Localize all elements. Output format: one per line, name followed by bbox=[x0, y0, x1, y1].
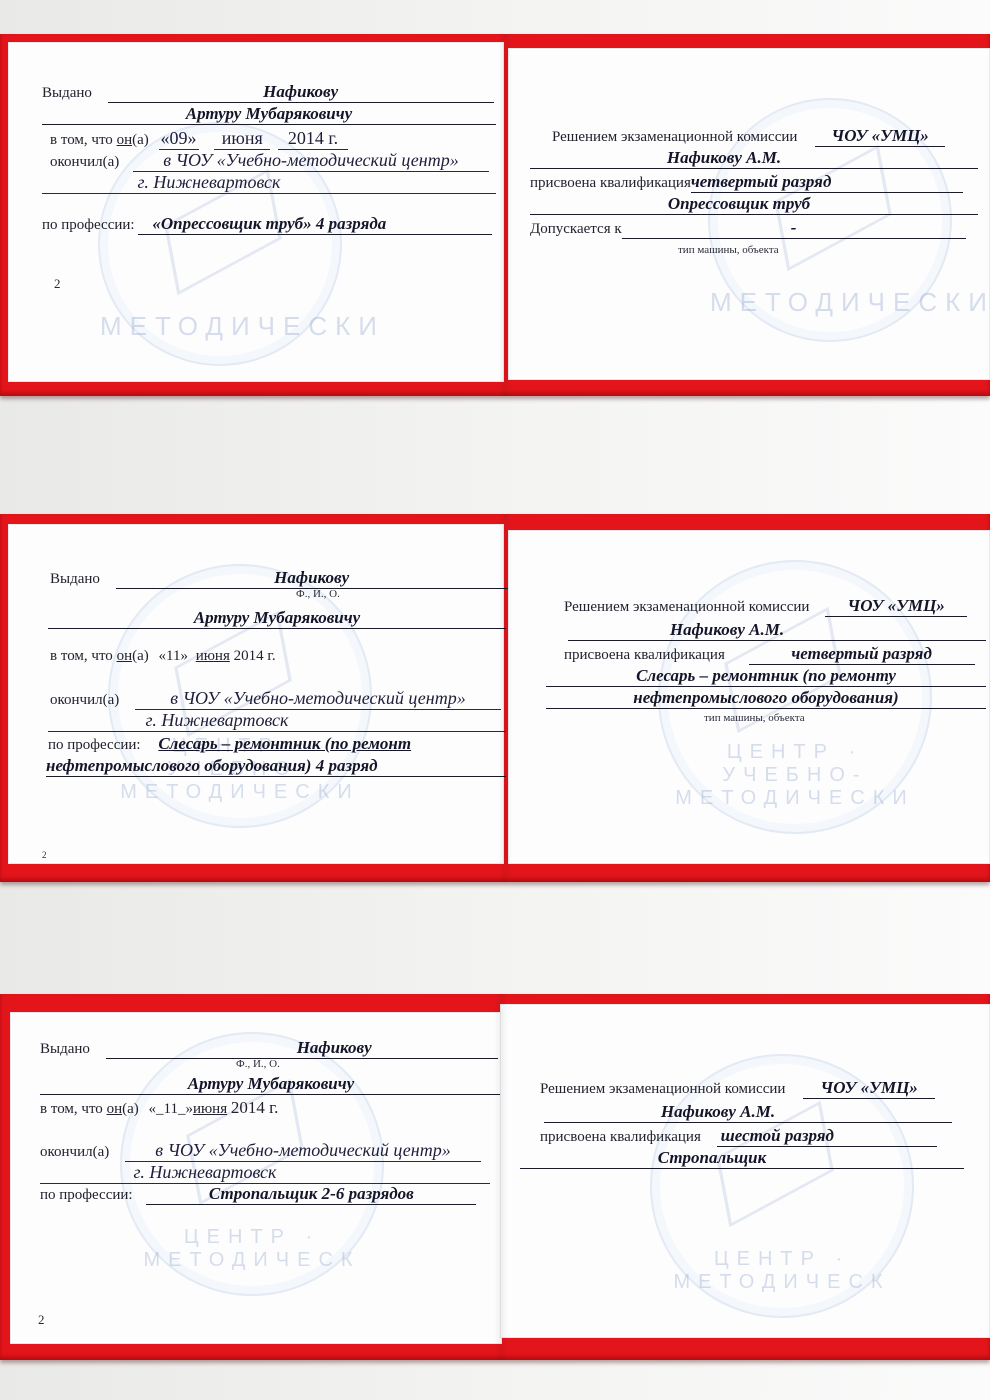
qualification-label: присвоена квалификация bbox=[540, 1129, 701, 1145]
qualification-label: присвоена квалификация bbox=[564, 647, 725, 663]
she-suffix: (а) bbox=[122, 1101, 139, 1117]
that-prefix: в том, что bbox=[40, 1101, 103, 1117]
admitted-label: Допускается к bbox=[530, 221, 622, 237]
page-number: 2 bbox=[54, 276, 61, 292]
machine-hint: тип машины, объекта bbox=[704, 712, 805, 724]
year-field: 2014 г. bbox=[234, 648, 276, 664]
machine-hint: тип машины, объекта bbox=[678, 244, 779, 256]
left-page: ЦЕНТР · УЧЕБНО-МЕТОДИЧЕСКИ Выдано Нафико… bbox=[8, 524, 504, 864]
month-field: июня bbox=[214, 128, 270, 150]
profession-field: «Опрессовщик труб» 4 разряда bbox=[138, 214, 492, 235]
commission-field: ЧОУ «УМЦ» bbox=[803, 1078, 935, 1099]
qualification-field: четвертый разряд bbox=[749, 644, 975, 665]
day-field: «09» bbox=[159, 128, 199, 150]
institution-field: в ЧОУ «Учебно-методический центр» bbox=[125, 1140, 481, 1162]
profession-line-1: Стропальщик bbox=[520, 1148, 964, 1169]
issued-label: Выдано bbox=[40, 1041, 90, 1057]
certificate-2: ЦЕНТР · УЧЕБНО-МЕТОДИЧЕСКИ Выдано Нафико… bbox=[0, 514, 990, 882]
profession-line-1: Опрессовщик труб bbox=[530, 194, 978, 215]
left-page: МЕТОДИЧЕСКИ Выдано Нафикову Артуру Мубар… bbox=[8, 42, 504, 382]
city-field: г. Нижневартовск bbox=[48, 710, 506, 732]
profession-field: Слесарь – ремонтник (по ремонт bbox=[158, 734, 484, 754]
month-field: июня bbox=[196, 648, 230, 664]
surname-field: Нафикову bbox=[108, 82, 494, 103]
profession-label: по профессии: bbox=[40, 1187, 133, 1203]
commission-label: Решением экзаменационной комиссии bbox=[540, 1081, 785, 1097]
commission-field: ЧОУ «УМЦ» bbox=[825, 596, 967, 617]
fio-hint: Ф., И., О. bbox=[296, 588, 340, 600]
finished-label: окончил(а) bbox=[50, 154, 119, 170]
book-spine bbox=[494, 994, 508, 1360]
profession-field: Стропальщик 2-6 разрядов bbox=[146, 1184, 476, 1205]
certificate-1: МЕТОДИЧЕСКИ Выдано Нафикову Артуру Мубар… bbox=[0, 34, 990, 396]
institution-field: в ЧОУ «Учебно-методический центр» bbox=[133, 150, 489, 172]
she-suffix: (а) bbox=[132, 132, 149, 148]
issued-label: Выдано bbox=[50, 571, 100, 587]
institution-field: в ЧОУ «Учебно-методический центр» bbox=[135, 688, 501, 710]
he-mark: он bbox=[117, 648, 133, 664]
finished-label: окончил(а) bbox=[40, 1144, 109, 1160]
certificate-3: ЦЕНТР · МЕТОДИЧЕСК Выдано Нафикову Ф., И… bbox=[0, 994, 990, 1360]
that-prefix: в том, что bbox=[50, 132, 113, 148]
profession-label: по профессии: bbox=[48, 737, 141, 753]
finished-label: окончил(а) bbox=[50, 692, 119, 708]
person-field: Нафикову А.М. bbox=[530, 148, 978, 169]
day-field: «_11_» bbox=[149, 1101, 193, 1117]
profession-label: по профессии: bbox=[42, 217, 135, 233]
qualification-label: присвоена квалификация bbox=[530, 175, 691, 191]
page-number: 2 bbox=[42, 850, 47, 860]
admitted-field: - bbox=[622, 218, 966, 239]
name-patronymic-field: Артуру Мубаряковичу bbox=[40, 1074, 502, 1095]
page-number: 2 bbox=[38, 1312, 45, 1328]
year-field: 2014 г. bbox=[231, 1098, 279, 1117]
city-field: г. Нижневартовск bbox=[42, 172, 496, 194]
qualification-field: четвертый разряд bbox=[691, 172, 963, 193]
he-mark: он bbox=[107, 1101, 123, 1117]
person-field: Нафикову А.М. bbox=[568, 620, 986, 641]
profession-line-2: нефтепромыслового оборудования) bbox=[546, 688, 986, 709]
commission-label: Решением экзаменационной комиссии bbox=[564, 599, 809, 615]
person-field: Нафикову А.М. bbox=[544, 1102, 952, 1123]
profession-line-1: Слесарь – ремонтник (по ремонту bbox=[546, 666, 986, 687]
issued-label: Выдано bbox=[42, 85, 92, 101]
qualification-field: шестой разряд bbox=[717, 1126, 937, 1147]
left-page: ЦЕНТР · МЕТОДИЧЕСК Выдано Нафикову Ф., И… bbox=[10, 1012, 502, 1344]
book-spine bbox=[498, 34, 512, 396]
year-field: 2014 г. bbox=[278, 128, 348, 150]
he-mark: он bbox=[117, 132, 133, 148]
month-field: июня bbox=[193, 1101, 227, 1117]
surname-field: Нафикову bbox=[106, 1038, 498, 1059]
name-patronymic-field: Артуру Мубаряковичу bbox=[42, 104, 496, 125]
she-suffix: (а) bbox=[132, 648, 149, 664]
city-field: г. Нижневартовск bbox=[40, 1162, 490, 1184]
profession-line-2: нефтепромыслового оборудования) 4 разряд bbox=[46, 756, 506, 777]
name-patronymic-field: Артуру Мубаряковичу bbox=[48, 608, 506, 629]
commission-field: ЧОУ «УМЦ» bbox=[815, 126, 945, 147]
right-page: ЦЕНТР · УЧЕБНО-МЕТОДИЧЕСКИ Решением экза… bbox=[508, 530, 990, 864]
right-page: МЕТОДИЧЕСКИ Решением экзаменационной ком… bbox=[508, 48, 990, 380]
book-spine bbox=[498, 514, 512, 882]
day-field: «11» bbox=[159, 648, 188, 664]
that-prefix: в том, что bbox=[50, 648, 113, 664]
surname-field: Нафикову bbox=[116, 568, 508, 589]
right-page: ЦЕНТР · МЕТОДИЧЕСК Решением экзаменацион… bbox=[500, 1004, 990, 1338]
fio-hint: Ф., И., О. bbox=[236, 1058, 280, 1070]
commission-label: Решением экзаменационной комиссии bbox=[552, 129, 797, 145]
